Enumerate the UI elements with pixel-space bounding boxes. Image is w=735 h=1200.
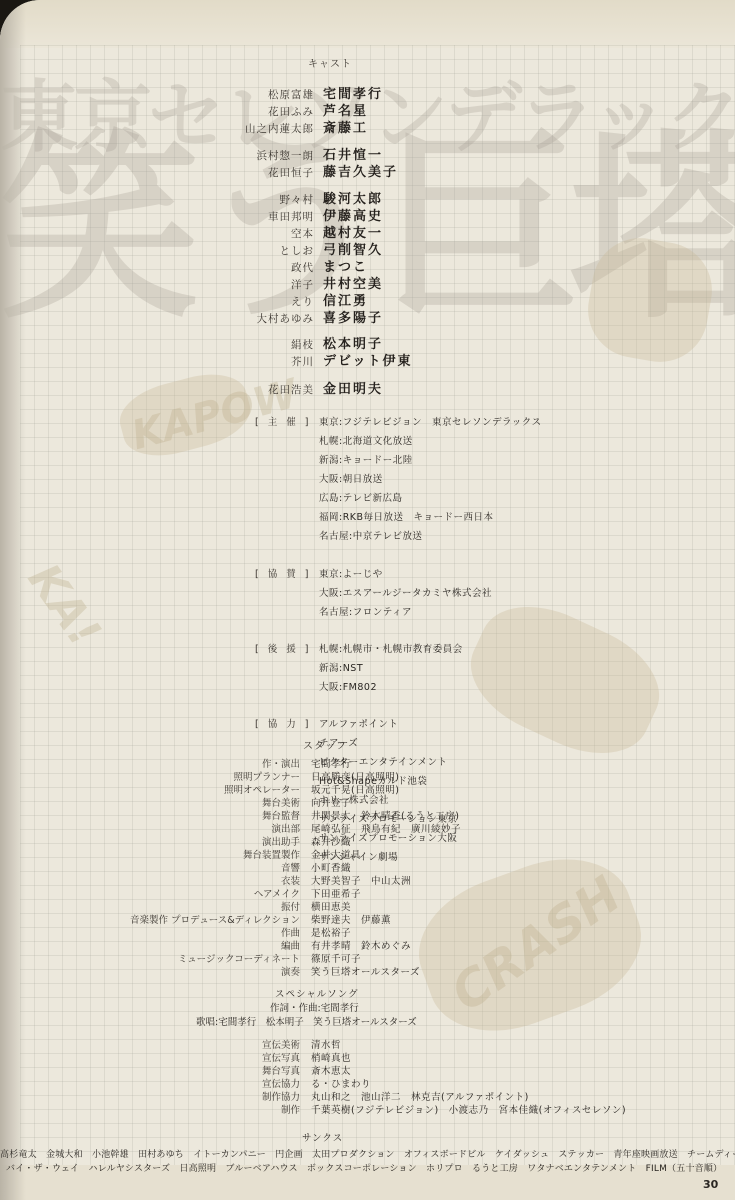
sponsor-row-patronage: [ 後 援 ]札幌:札幌市・札幌市教育委員会 <box>255 641 463 655</box>
sponsor-row: ビクターエンタテインメント <box>255 754 447 768</box>
sponsor-value: 大阪:朝日放送 <box>319 471 383 485</box>
sponsor-value: 広島:テレビ新広島 <box>319 490 403 504</box>
sponsor-value: 名古屋:フロンティア <box>319 604 412 618</box>
sponsor-value: 札幌:北海道文化放送 <box>319 433 413 447</box>
sponsor-row-cooperation: [ 協 力 ]アルファポイント <box>255 716 398 730</box>
sponsor-value: チアーズ <box>319 735 358 749</box>
sponsor-label: [ 協 賛 ] <box>255 566 319 580</box>
sponsor-value: サンライズプロモーション大阪 <box>319 830 457 844</box>
cast-actor: デビット伊東 <box>323 350 412 369</box>
sponsor-label: [ 後 援 ] <box>255 641 319 655</box>
sponsor-row: 大阪:朝日放送 <box>255 471 383 485</box>
sponsor-row: 福岡:RKB毎日放送 キョードー西日本 <box>255 509 494 523</box>
sponsor-row: 名古屋:中京テレビ放送 <box>255 528 423 542</box>
credits-content: キャスト 松原富雄宅間孝行 花田ふみ芦名星 山之内蓮太郎斎藤工 浜村惣一朗石井愃… <box>0 0 735 1200</box>
sponsor-row: チアーズ <box>255 735 358 749</box>
sponsor-value: 新潟:NST <box>319 660 363 674</box>
cast-row: 山之内蓮太郎斎藤工 <box>240 117 368 136</box>
cast-actor: 金田明夫 <box>323 378 383 397</box>
sponsor-value: 東京:フジテレビジョン 東京セレソンデラックス <box>319 414 542 428</box>
sponsor-value: 札幌:札幌市・札幌市教育委員会 <box>319 641 463 655</box>
sponsor-row: ホリー株式会社 <box>255 792 389 806</box>
sponsor-value: ホリー株式会社 <box>319 792 389 806</box>
sponsor-value: サンシャイン劇場 <box>319 849 398 863</box>
sponsor-row-host: [ 主 催 ]東京:フジテレビジョン 東京セレソンデラックス <box>255 414 542 428</box>
sponsor-row: 名古屋:フロンティア <box>255 604 412 618</box>
program-page: 東京セレソンデラックス 笑う巨塔 KAPOW KA! CRASH キャスト 松原… <box>0 0 735 1200</box>
sponsor-row: サンライズプロモーション大阪 <box>255 830 457 844</box>
sponsor-label: [ 協 力 ] <box>255 716 319 730</box>
cast-row: 花田浩美金田明夫 <box>240 378 383 397</box>
cast-role: 大村あゆみ <box>240 311 314 326</box>
sponsor-value: 新潟:キョードー北陸 <box>319 452 413 466</box>
sponsor-value: 大阪:エスアールジータカミヤ株式会社 <box>319 585 492 599</box>
sponsor-row-support: [ 協 賛 ]東京:よーじや <box>255 566 383 580</box>
sponsor-value: 福岡:RKB毎日放送 キョードー西日本 <box>319 509 494 523</box>
sponsor-value: サンライズプロモーション東京 <box>319 811 457 825</box>
cast-role: 芥川 <box>240 354 314 369</box>
sponsor-label: [ 主 催 ] <box>255 414 319 428</box>
cast-role: 花田浩美 <box>240 382 314 397</box>
sponsor-row: 新潟:キョードー北陸 <box>255 452 413 466</box>
cast-role: 花田恒子 <box>240 165 314 180</box>
sponsor-row: 新潟:NST <box>255 660 363 674</box>
sponsor-value: Hot&Shapeカルド池袋 <box>319 773 427 787</box>
cast-row: 芥川デビット伊東 <box>240 350 412 369</box>
cast-actor: 喜多陽子 <box>323 307 383 326</box>
cast-heading: キャスト <box>305 55 355 70</box>
sponsor-row: サンライズプロモーション東京 <box>255 811 457 825</box>
sponsor-value: 大阪:FM802 <box>319 679 377 693</box>
sponsor-row: 広島:テレビ新広島 <box>255 490 403 504</box>
cast-actor: 藤吉久美子 <box>323 161 398 180</box>
sponsor-value: ビクターエンタテインメント <box>319 754 447 768</box>
sponsor-row: 大阪:FM802 <box>255 679 377 693</box>
sponsor-row: 大阪:エスアールジータカミヤ株式会社 <box>255 585 492 599</box>
cast-row: 花田恒子藤吉久美子 <box>240 161 398 180</box>
sponsor-value: 名古屋:中京テレビ放送 <box>319 528 423 542</box>
cast-actor: 斎藤工 <box>323 117 368 136</box>
sponsor-value: 東京:よーじや <box>319 566 383 580</box>
cast-row: 大村あゆみ喜多陽子 <box>240 307 383 326</box>
cast-role: 山之内蓮太郎 <box>240 121 314 136</box>
sponsor-row: 札幌:北海道文化放送 <box>255 433 413 447</box>
sponsor-row: サンシャイン劇場 <box>255 849 398 863</box>
sponsor-row: Hot&Shapeカルド池袋 <box>255 773 427 787</box>
sponsor-value: アルファポイント <box>319 716 398 730</box>
